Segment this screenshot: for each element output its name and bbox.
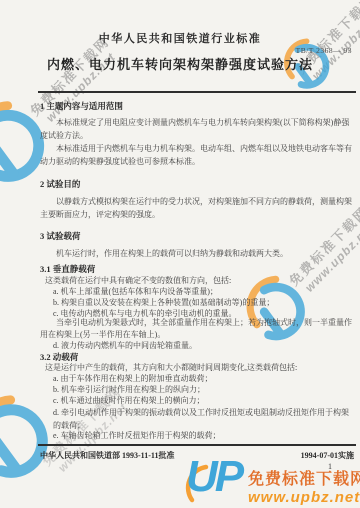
- footer-divider: [38, 444, 356, 446]
- list-item: a. 由于车体作用在构架上的附加垂直动载荷；: [53, 373, 354, 384]
- section-3-1-intro: 这类载荷在运行中具有确定不变的数值和方向，包括:: [45, 275, 354, 286]
- document-title: 内燃、电力机车转向架构架静强度试验方法: [0, 54, 360, 73]
- list-item: b. 构架自重以及安装在构架上各种装置(如基础制动等)的重量；: [53, 297, 354, 308]
- list-item: d. 液力传动内燃机车的中间齿轮箱重量。: [53, 340, 354, 351]
- list-item: b. 机车牵引运行时作用在构架上的纵向力；: [53, 384, 354, 395]
- section-3-1-heading: 3.1 垂直静载荷: [40, 263, 356, 275]
- upbz-logo-letters: UP: [186, 452, 241, 502]
- section-2-paragraph: 以静载方式模拟构架在运行中的受力状况，对构架施加不同方向的静载荷，测量构架主要断…: [40, 195, 354, 221]
- section-3-1-note: 当牵引电动机为架悬式时，其全部重量作用在构架上；若为抱轴式时，则一半重量作用在构…: [40, 317, 354, 341]
- section-3-2-intro: 这是运行中产生的载荷，其方向和大小都随时间周期变化,这类载荷包括:: [45, 362, 354, 373]
- upbz-logo-lockup: UP 免费标准下载网 www.upbz.net: [186, 458, 360, 508]
- list-item: a. 机车上部重量(包括车体和车内设备等重量)；: [53, 286, 354, 297]
- section-3-heading: 3 试验载荷: [40, 230, 356, 242]
- section-2-heading: 2 试验目的: [40, 178, 356, 190]
- header-divider: [38, 91, 356, 93]
- section-1-heading: 1 主题内容与适用范围: [40, 100, 356, 112]
- watermark-site-url: www.upbz.net: [248, 489, 360, 506]
- section-3-paragraph: 机车运行时，作用在构架上的载荷可以归纳为静载和动载两大类。: [40, 248, 354, 259]
- list-item: e. 车轴齿轮箱工作时反扭矩作用于构架的载荷；: [53, 430, 354, 441]
- section-1-paragraph: 本标准适用于内燃机车与电力机车构架。电动车组、内燃车组以及地铁电动客车等有动力驱…: [40, 142, 354, 168]
- watermark-site-name: 免费标准下载网: [248, 466, 360, 489]
- section-1-paragraph: 本标准规定了用电阻应变计测量内燃机车与电力机车转向架构架(以下简称构架)静强度试…: [40, 116, 354, 142]
- list-item: d. 牵引电动机作用于构架的振动载荷以及工作时反扭矩或电阻制动反扭矩作用于构架的…: [53, 406, 354, 432]
- upbz-logo-icon: UP: [186, 458, 244, 508]
- list-item: c. 机车通过曲线时作用在构架上的横向力；: [53, 395, 354, 406]
- standard-type-heading: 中华人民共和国铁道行业标准: [0, 30, 360, 46]
- document-page: 免费标准下载网 www.upbz.net 免费标准下载网 www.upbz.ne…: [0, 0, 360, 508]
- upbz-logo-text: 免费标准下载网 www.upbz.net: [248, 458, 360, 506]
